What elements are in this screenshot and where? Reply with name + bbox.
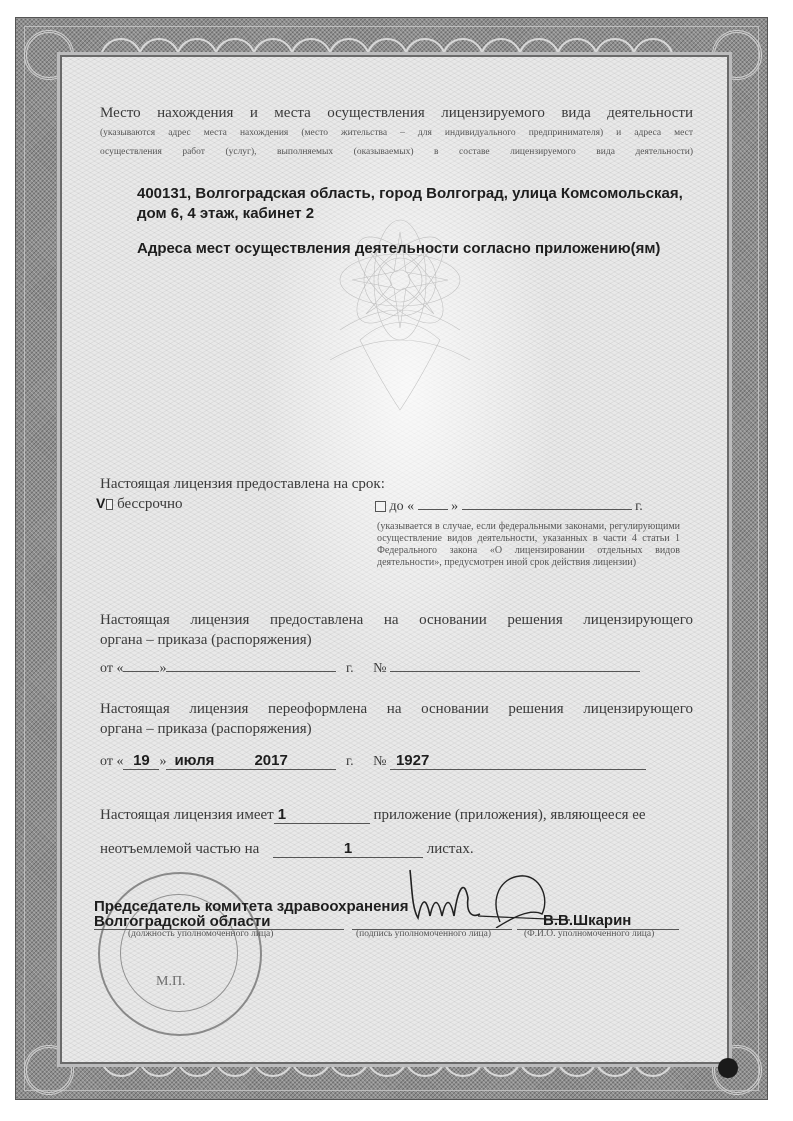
signatory-name: В.В.Шкарин bbox=[543, 912, 631, 929]
until-year-suffix: г. bbox=[635, 499, 643, 514]
stamp-label: М.П. bbox=[156, 974, 186, 990]
granted-year-suffix: г. bbox=[346, 661, 354, 676]
position-caption: (должность уполномоченного лица) bbox=[128, 929, 273, 939]
until-day-field[interactable] bbox=[418, 509, 448, 510]
granted-quote-close: » bbox=[159, 661, 166, 676]
appendix-row2: неотъемлемой частью на 1 листах. bbox=[100, 840, 474, 858]
reissued-number-field[interactable]: 1927 bbox=[390, 752, 646, 770]
appendix-line2-before: неотъемлемой частью на bbox=[100, 841, 259, 857]
until-checkbox[interactable] bbox=[375, 501, 386, 512]
indefinite-checkmark: V bbox=[96, 495, 105, 511]
appendix-text-after: приложение (приложения), являющееся ее bbox=[373, 807, 645, 823]
reissued-year-field[interactable]: 2017 bbox=[254, 752, 336, 770]
reissued-from-label: от bbox=[100, 754, 113, 769]
granted-text-line1: Настоящая лицензия предоставлена на осно… bbox=[100, 612, 693, 629]
reissued-number-label: № bbox=[373, 754, 386, 769]
binding-hole bbox=[718, 1058, 738, 1078]
address-line2: дом 6, 4 этаж, кабинет 2 bbox=[137, 205, 314, 222]
reissued-date-row: от «19»июля2017 г. № 1927 bbox=[100, 752, 700, 770]
granted-text-line2: органа – приказа (распоряжения) bbox=[100, 632, 312, 649]
reissued-text-line2: органа – приказа (распоряжения) bbox=[100, 721, 312, 738]
reissued-day-field[interactable]: 19 bbox=[123, 752, 159, 770]
signatory-position-line2: Волгоградской области bbox=[94, 913, 270, 930]
granted-month-year-field[interactable] bbox=[166, 671, 336, 672]
until-date-field[interactable] bbox=[462, 509, 632, 510]
indefinite-checkbox[interactable] bbox=[106, 499, 113, 510]
granted-number-field[interactable] bbox=[390, 671, 640, 672]
option-indefinite[interactable]: V бессрочно bbox=[96, 495, 183, 513]
top-arc-ornament bbox=[100, 30, 700, 52]
official-seal-stamp: М.П. bbox=[98, 872, 262, 1036]
reissued-month-field[interactable]: июля bbox=[166, 752, 254, 770]
reissued-quote-close: » bbox=[159, 754, 166, 769]
until-note: (указывается в случае, если федеральными… bbox=[377, 521, 680, 569]
location-heading: Место нахождения и места осуществления л… bbox=[100, 105, 693, 122]
reissued-quote-open: « bbox=[116, 754, 123, 769]
appendix-line2-after: листах. bbox=[427, 841, 474, 857]
granted-number-label: № bbox=[373, 661, 386, 676]
location-note-line2: осуществления работ (услуг), выполняемых… bbox=[100, 147, 693, 157]
address-line1: 400131, Волгоградская область, город Вол… bbox=[137, 185, 683, 202]
reissued-text-line1: Настоящая лицензия переоформлена на осно… bbox=[100, 701, 693, 718]
term-heading: Настоящая лицензия предоставлена на срок… bbox=[100, 476, 385, 493]
granted-from-label: от bbox=[100, 661, 113, 676]
until-label: до bbox=[390, 499, 404, 514]
sheet-count-field[interactable]: 1 bbox=[273, 840, 423, 858]
indefinite-label: бессрочно bbox=[117, 496, 182, 512]
appendix-row1: Настоящая лицензия имеет1 приложение (пр… bbox=[100, 806, 646, 824]
name-caption: (Ф.И.О. уполномоченного лица) bbox=[524, 929, 654, 939]
granted-day-field[interactable] bbox=[123, 671, 159, 672]
signature-caption: (подпись уполномоченного лица) bbox=[356, 929, 491, 939]
option-until[interactable]: до « » г. bbox=[375, 499, 685, 515]
granted-date-row: от «» г. № bbox=[100, 661, 700, 677]
reissued-year-suffix: г. bbox=[346, 754, 354, 769]
until-quote-open: « bbox=[407, 499, 414, 514]
granted-quote-open: « bbox=[116, 661, 123, 676]
until-quote-close: » bbox=[451, 499, 458, 514]
addresses-appendix-note: Адреса мест осуществления деятельности с… bbox=[137, 240, 660, 257]
location-note-line1: (указываются адрес места нахождения (мес… bbox=[100, 128, 693, 138]
bottom-arc-ornament bbox=[100, 1063, 700, 1085]
appendix-count-field[interactable]: 1 bbox=[274, 806, 370, 824]
appendix-text-before: Настоящая лицензия имеет bbox=[100, 807, 274, 823]
